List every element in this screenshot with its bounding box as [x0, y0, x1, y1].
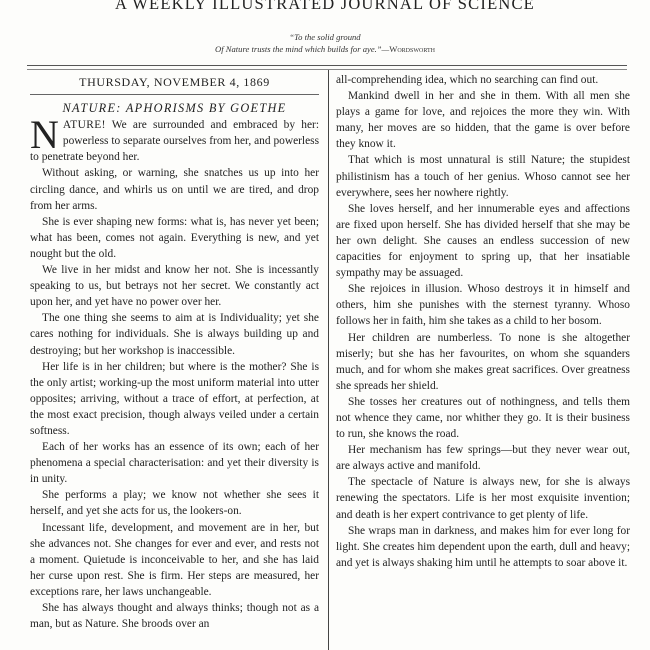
paragraph: Her mechanism has few springs—but they n…: [336, 442, 630, 474]
paragraph: She wraps man in darkness, and makes him…: [336, 523, 630, 571]
paragraph: Mankind dwell in her and she in them. Wi…: [336, 88, 630, 152]
epigraph-line-2: Of Nature trusts the mind which builds f…: [0, 44, 650, 56]
paragraph: She is ever shaping new forms: what is, …: [30, 214, 319, 262]
right-column: all-comprehending idea, which no searchi…: [336, 72, 630, 571]
paragraph: She has always thought and always thinks…: [30, 600, 319, 632]
column-divider: [328, 70, 329, 650]
epigraph: “To the solid ground Of Nature trusts th…: [0, 32, 650, 55]
paragraph: Without asking, or warning, she snatches…: [30, 165, 319, 213]
paragraph: The one thing she seems to aim at is Ind…: [30, 310, 319, 358]
epigraph-line-2-text: Of Nature trusts the mind which builds f…: [215, 44, 389, 54]
paragraph: That which is most unnatural is still Na…: [336, 152, 630, 200]
first-paragraph: NATURE! We are surrounded and embraced b…: [30, 117, 319, 165]
epigraph-line-1: “To the solid ground: [0, 32, 650, 44]
paragraph: Each of her works has an essence of its …: [30, 439, 319, 487]
paragraph: She rejoices in illusion. Whoso destroys…: [336, 281, 630, 329]
issue-date: THURSDAY, NOVEMBER 4, 1869: [30, 74, 319, 90]
article-title: NATURE: APHORISMS BY GOETHE: [30, 100, 319, 116]
paragraph: She performs a play; we know not whether…: [30, 487, 319, 519]
paragraph: We live in her midst and know her not. S…: [30, 262, 319, 310]
continued-paragraph: all-comprehending idea, which no searchi…: [336, 72, 630, 88]
paragraph: She loves herself, and her innumerable e…: [336, 201, 630, 281]
drop-cap: N: [30, 119, 59, 150]
date-rule: [30, 94, 319, 97]
paragraph: Her life is in her children; but where i…: [30, 359, 319, 439]
first-word: ATURE!: [63, 119, 106, 131]
header-rule: [27, 65, 627, 70]
paragraph: Incessant life, development, and movemen…: [30, 520, 319, 600]
paragraph: Her children are numberless. To none is …: [336, 330, 630, 394]
journal-masthead: A WEEKLY ILLUSTRATED JOURNAL OF SCIENCE: [0, 0, 650, 14]
paragraph: She tosses her creatures out of nothingn…: [336, 394, 630, 442]
epigraph-author: Wordsworth: [389, 44, 435, 54]
left-column: THURSDAY, NOVEMBER 4, 1869 NATURE: APHOR…: [30, 72, 319, 632]
paragraph: The spectacle of Nature is always new, f…: [336, 474, 630, 522]
